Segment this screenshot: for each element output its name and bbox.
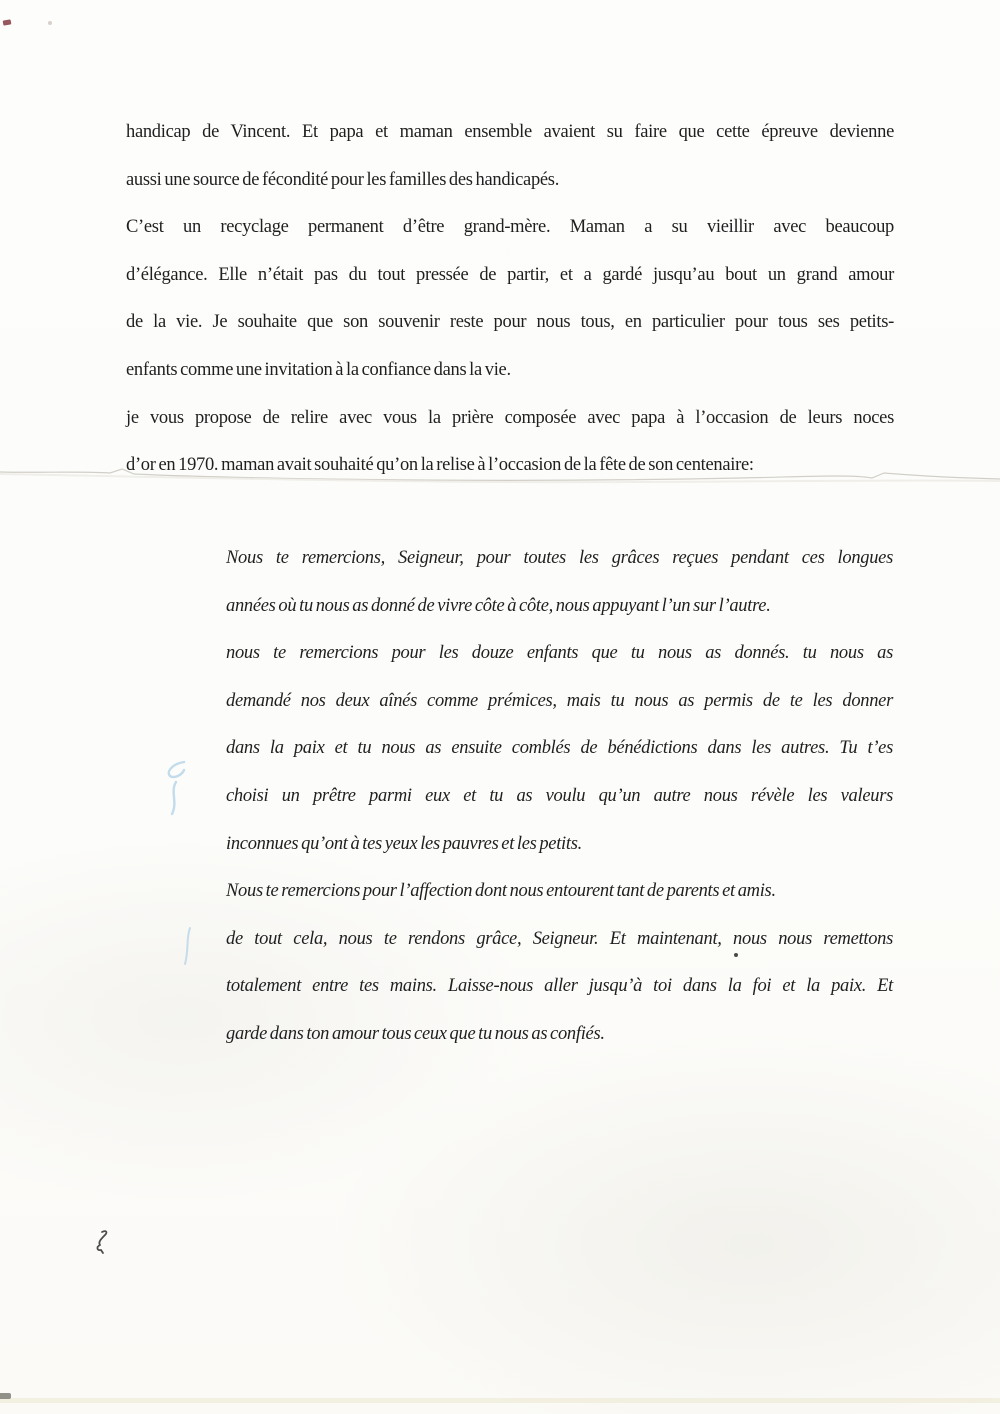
ink-dot	[734, 953, 738, 957]
prayer-quote: Nous te remercions, Seigneur, pour toute…	[226, 535, 893, 1059]
prayer-line: années où tu nous as donné de vivre côte…	[226, 583, 893, 631]
prayer-line: de tout cela, nous te rendons grâce, Sei…	[226, 916, 893, 964]
body-line: C’est un recyclage permanent d’être gran…	[126, 204, 894, 252]
body-line: je vous propose de relire avec vous la p…	[126, 395, 894, 443]
dust-speck	[48, 21, 52, 25]
prayer-line: garde dans ton amour tous ceux que tu no…	[226, 1011, 893, 1059]
letter-body: handicap de Vincent. Et papa et maman en…	[126, 109, 894, 490]
prayer-line: inconnues qu’ont à tes yeux les pauvres …	[226, 821, 893, 869]
scanned-letter-page: handicap de Vincent. Et papa et maman en…	[0, 0, 1000, 1414]
scan-corner-mark	[0, 1393, 11, 1399]
scan-edge-band	[0, 1398, 1000, 1403]
prayer-line: dans la paix et tu nous as ensuite combl…	[226, 725, 893, 773]
prayer-line: choisi un prêtre parmi eux et tu as voul…	[226, 773, 893, 821]
prayer-line: Nous te remercions, Seigneur, pour toute…	[226, 535, 893, 583]
prayer-line: totalement entre tes mains. Laisse-nous …	[226, 963, 893, 1011]
body-line: handicap de Vincent. Et papa et maman en…	[126, 109, 894, 157]
body-line: de la vie. Je souhaite que son souvenir …	[126, 299, 894, 347]
pen-scribble	[88, 1226, 118, 1266]
blue-pen-squiggle	[150, 756, 206, 822]
body-line: d’élégance. Elle n’était pas du tout pre…	[126, 252, 894, 300]
paper-fold-crease	[0, 460, 1000, 496]
body-line: enfants comme une invitation à la confia…	[126, 347, 894, 395]
prayer-line: Nous te remercions pour l’affection dont…	[226, 868, 893, 916]
prayer-line: demandé nos deux aînés comme prémices, m…	[226, 678, 893, 726]
blue-pen-dash	[181, 926, 195, 968]
ink-speck	[3, 19, 12, 25]
prayer-line: nous te remercions pour les douze enfant…	[226, 630, 893, 678]
body-line: aussi une source de fécondité pour les f…	[126, 157, 894, 205]
